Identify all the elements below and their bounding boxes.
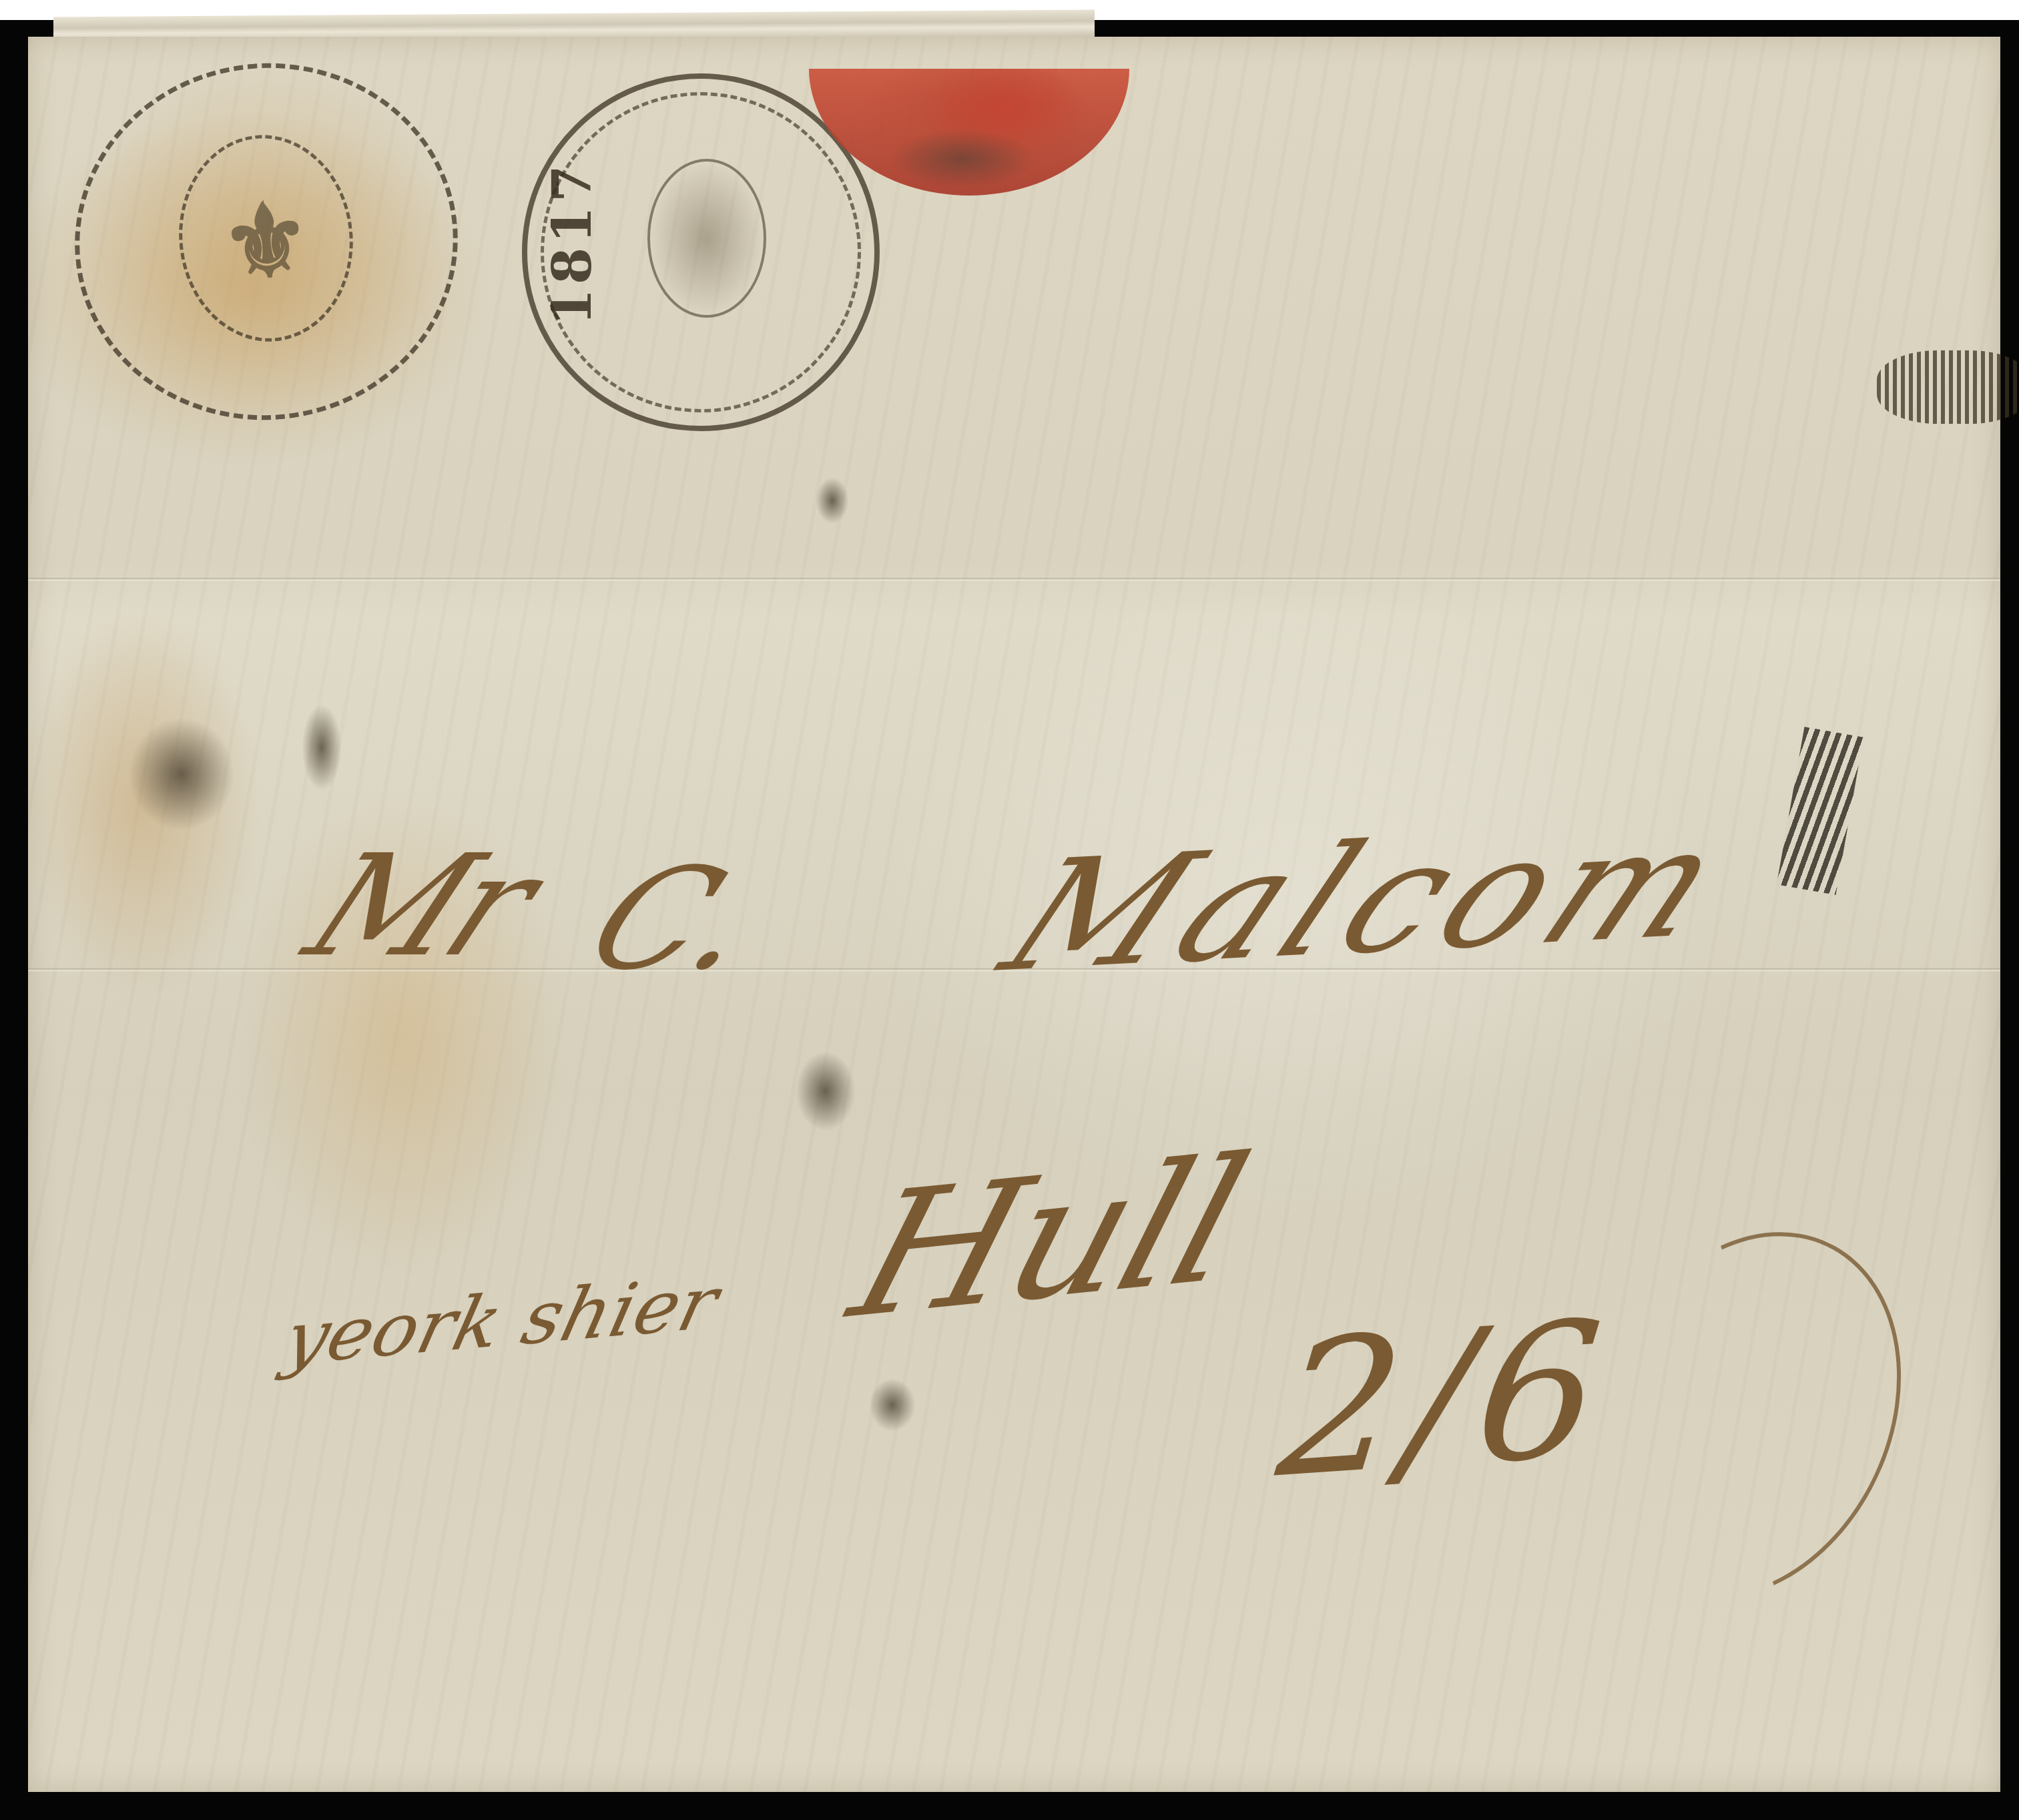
edge-postal-mark <box>1877 350 2019 424</box>
addressee-prefix: Mr <box>284 824 557 988</box>
address-county: yeork shier <box>276 1260 726 1382</box>
letter-cover: ⚜ 1817 red wax seal Mr C. Malcom Hull ye… <box>28 37 2000 1792</box>
rate-flourish <box>1536 1182 1958 1650</box>
addressee-name: Malcom <box>978 794 1759 1007</box>
addressee-initial: C. <box>564 838 787 1001</box>
oval-handstamp-postmark: ⚜ <box>57 44 476 438</box>
ink-blot <box>302 704 342 791</box>
postmark-inner-oval <box>647 159 766 318</box>
postmark-date: 1817 <box>541 179 621 326</box>
fleur-de-lis-icon: ⚜ <box>62 49 470 434</box>
ink-blot <box>869 1378 916 1432</box>
ink-blot <box>816 477 849 524</box>
postage-rate: 2/6 <box>1269 1281 1617 1520</box>
address-town: Hull <box>832 1120 1263 1357</box>
dated-circle-postmark: 1817 <box>522 73 880 431</box>
ink-blot <box>796 1051 856 1131</box>
fold-crease <box>28 577 2000 581</box>
manuscript-stroke-mark <box>1777 727 1863 895</box>
ink-blot <box>128 717 235 831</box>
